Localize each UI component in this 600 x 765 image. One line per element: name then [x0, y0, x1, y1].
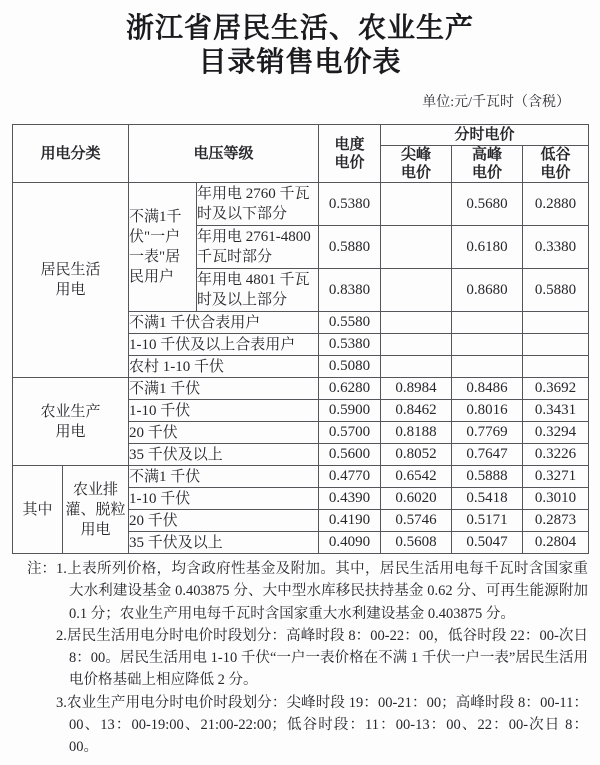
cell-flat-price: 0.6280 — [319, 378, 381, 400]
cell-valley-price: 0.2804 — [523, 532, 589, 554]
cell-voltage-label: 1-10 千伏 — [129, 400, 319, 422]
header-usage-category: 用电分类 — [13, 125, 129, 183]
cell-valley-price: 0.3692 — [523, 378, 589, 400]
cell-high-price: 0.8486 — [452, 378, 523, 400]
cell-high-price: 0.5680 — [452, 183, 523, 226]
notes-items: 1.上表所列价格，均含政府性基金及附加。其中，居民生活用电每千瓦时含国家重大水利… — [56, 558, 588, 759]
cell-flat-price: 0.4390 — [319, 488, 381, 510]
cell-voltage-label: 1-10 千伏 — [129, 488, 319, 510]
title-line1: 浙江省居民生活、农业生产 — [126, 13, 474, 44]
cell-valley-price: 0.3431 — [523, 400, 589, 422]
unit-note: 单位:元/千瓦时（含税） — [0, 91, 600, 111]
note-item-1: 1.上表所列价格，均含政府性基金及附加。其中，居民生活用电每千瓦时含国家重大水利… — [56, 558, 588, 625]
header-peak-price: 尖峰 电价 — [381, 146, 452, 183]
cell-valley-price: 0.3294 — [523, 422, 589, 444]
group-agri-irrigation: 农业排 灌、脱粒 用电 — [63, 466, 129, 554]
cell-peak-price: 0.6020 — [381, 488, 452, 510]
document-page: 浙江省居民生活、农业生产 目录销售电价表 单位:元/千瓦时（含税） 用电分类 电… — [0, 0, 600, 765]
cell-valley-price: 0.5880 — [523, 269, 589, 312]
cell-valley-price: 0.2880 — [523, 183, 589, 226]
title-line2: 目录销售电价表 — [198, 47, 401, 78]
notes-prefix: 注： — [27, 558, 56, 759]
group-residential: 居民生活 用电 — [13, 183, 129, 378]
cell-peak-price — [381, 312, 452, 334]
cell-flat-price: 0.5080 — [319, 356, 381, 378]
cell-peak-price — [381, 334, 452, 356]
cell-high-price: 0.5171 — [452, 510, 523, 532]
cell-voltage-label: 35 千伏及以上 — [129, 532, 319, 554]
cell-flat-price: 0.5900 — [319, 400, 381, 422]
header-voltage-level: 电压等级 — [129, 125, 319, 183]
cell-valley-price: 0.3010 — [523, 488, 589, 510]
cell-flat-price: 0.8380 — [319, 269, 381, 312]
cell-peak-price: 0.5608 — [381, 532, 452, 554]
cell-peak-price — [381, 269, 452, 312]
document-title: 浙江省居民生活、农业生产 目录销售电价表 — [0, 0, 600, 80]
cell-peak-price: 0.6542 — [381, 466, 452, 488]
cell-high-price: 0.5047 — [452, 532, 523, 554]
cell-voltage-label: 年用电 2761-4800 千瓦时部分 — [197, 226, 319, 269]
cell-peak-price: 0.8984 — [381, 378, 452, 400]
cell-valley-price: 0.2873 — [523, 510, 589, 532]
cell-high-price: 0.8016 — [452, 400, 523, 422]
cell-flat-price: 0.5600 — [319, 444, 381, 466]
cell-peak-price — [381, 356, 452, 378]
cell-peak-price — [381, 226, 452, 269]
cell-voltage-label: 不满1 千伏合表用户 — [129, 312, 319, 334]
cell-voltage-label: 1-10 千伏及以上合表用户 — [129, 334, 319, 356]
cell-voltage-label: 年用电 2760 千瓦时及以下部分 — [197, 183, 319, 226]
header-high-price: 高峰 电价 — [452, 146, 523, 183]
cell-peak-price: 0.8052 — [381, 444, 452, 466]
table-row: 居民生活 用电 不满1千 伏"一户 一表"居 民用户 年用电 2760 千瓦时及… — [13, 183, 589, 226]
cell-valley-price — [523, 334, 589, 356]
cell-peak-price: 0.8462 — [381, 400, 452, 422]
cell-high-price — [452, 356, 523, 378]
cell-high-price: 0.7647 — [452, 444, 523, 466]
group-residential-sub: 不满1千 伏"一户 一表"居 民用户 — [129, 183, 197, 312]
cell-valley-price — [523, 356, 589, 378]
cell-voltage-label: 20 千伏 — [129, 422, 319, 444]
cell-valley-price: 0.3271 — [523, 466, 589, 488]
cell-valley-price — [523, 312, 589, 334]
cell-voltage-label: 不满1 千伏 — [129, 378, 319, 400]
cell-high-price — [452, 334, 523, 356]
cell-high-price — [452, 312, 523, 334]
header-flat-price: 电度 电价 — [319, 125, 381, 183]
group-among-which: 其中 — [13, 466, 63, 554]
cell-high-price: 0.5418 — [452, 488, 523, 510]
cell-flat-price: 0.5580 — [319, 312, 381, 334]
cell-voltage-label: 年用电 4801 千瓦时及以上部分 — [197, 269, 319, 312]
note-item-3: 3.农业生产用电分时电价时段划分：尖峰时段 19：00-21：00；高峰时段 8… — [56, 692, 588, 759]
price-table: 用电分类 电压等级 电度 电价 分时电价 尖峰 电价 高峰 电价 低谷 电价 居… — [12, 124, 589, 554]
cell-flat-price: 0.4090 — [319, 532, 381, 554]
cell-high-price: 0.8680 — [452, 269, 523, 312]
table-row: 其中 农业排 灌、脱粒 用电 不满1 千伏 0.4770 0.6542 0.58… — [13, 466, 589, 488]
cell-flat-price: 0.5380 — [319, 183, 381, 226]
header-valley-price: 低谷 电价 — [523, 146, 589, 183]
cell-flat-price: 0.5880 — [319, 226, 381, 269]
cell-peak-price — [381, 183, 452, 226]
cell-valley-price: 0.3380 — [523, 226, 589, 269]
cell-valley-price: 0.3226 — [523, 444, 589, 466]
cell-voltage-label: 20 千伏 — [129, 510, 319, 532]
cell-peak-price: 0.5746 — [381, 510, 452, 532]
cell-voltage-label: 35 千伏及以上 — [129, 444, 319, 466]
group-agriculture: 农业生产 用电 — [13, 378, 129, 466]
cell-high-price: 0.6180 — [452, 226, 523, 269]
cell-voltage-label: 不满1 千伏 — [129, 466, 319, 488]
table-row: 农业生产 用电 不满1 千伏 0.6280 0.8984 0.8486 0.36… — [13, 378, 589, 400]
header-tou-price: 分时电价 — [381, 125, 589, 146]
cell-flat-price: 0.5380 — [319, 334, 381, 356]
note-item-2: 2.居民生活用电分时电价时段划分：高峰时段 8：00-22：00，低谷时段 22… — [56, 625, 588, 692]
cell-high-price: 0.7769 — [452, 422, 523, 444]
notes-section: 注： 1.上表所列价格，均含政府性基金及附加。其中，居民生活用电每千瓦时含国家重… — [27, 558, 588, 759]
cell-flat-price: 0.4190 — [319, 510, 381, 532]
cell-flat-price: 0.5700 — [319, 422, 381, 444]
cell-high-price: 0.5888 — [452, 466, 523, 488]
cell-flat-price: 0.4770 — [319, 466, 381, 488]
cell-peak-price: 0.8188 — [381, 422, 452, 444]
cell-voltage-label: 农村 1-10 千伏 — [129, 356, 319, 378]
